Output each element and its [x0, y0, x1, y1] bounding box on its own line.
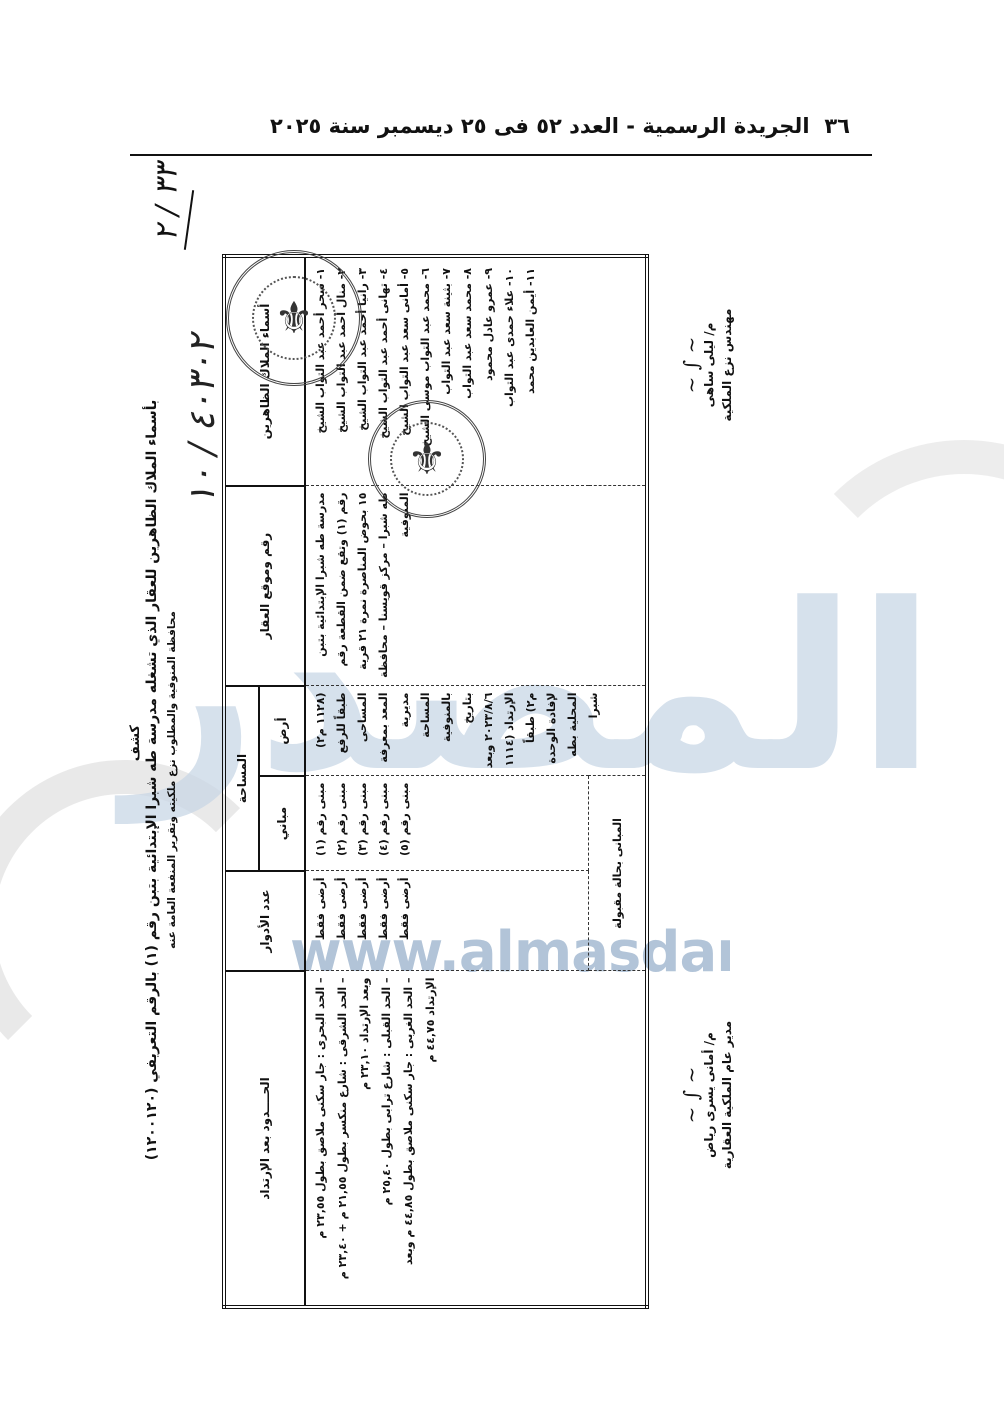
official-stamp-icon: ⚜ — [368, 400, 486, 518]
land-area-cell: (١١٢٨ م٢) طبقاً للرفع المساحى المعد بمعر… — [305, 686, 647, 776]
condition-cell: المبانى بحالة مقبولة — [589, 776, 647, 971]
signatory-name: م/ ليلى ساهى — [700, 245, 718, 485]
list-item: مبنى رقم (١) — [310, 783, 331, 865]
header-buildings: مباني — [259, 776, 305, 871]
sheet-title: بأسماء الملاك الظاهرين للعقار الذي تشغله… — [144, 225, 160, 1335]
list-item: أرضى فقط — [352, 878, 373, 965]
list-item: – الحد البحرى : جار سكنى ملاصق بطول ٢٣,٥… — [310, 978, 332, 1300]
list-item: أرضى فقط — [394, 878, 415, 965]
boundaries-cell: – الحد البحرى : جار سكنى ملاصق بطول ٢٣,٥… — [305, 971, 647, 1307]
signatory-role: مهندس نزع الملكية — [718, 245, 736, 485]
eagle-emblem-icon: ⚜ — [252, 276, 337, 361]
header-location: رقم وموقع العقار — [224, 486, 305, 686]
header-divider — [130, 154, 872, 156]
header-land: أرض — [259, 686, 305, 776]
floors-list: أرضى فقطأرضى فقطأرضى فقطأرضى فقطأرضى فقط — [310, 878, 415, 965]
signatory-role: مدير عام الملكية العقارية — [718, 965, 736, 1225]
list-item: مبنى رقم (٤) — [373, 783, 394, 865]
signature-block-1: ~ ∫ ~ م/ أمانى يسرى رياض مدير عام الملكي… — [682, 965, 736, 1225]
list-item: ١٠- علاء حمدى عبد التواب — [499, 268, 520, 480]
header-floors: عدد الأدوار — [224, 871, 305, 971]
list-item: أرضى فقط — [310, 878, 331, 965]
list-item: – الحد القبلى : شارع ترابى بطول ٢٥,٤٠ م — [376, 978, 398, 1300]
handwritten-code: ٤٠٣٠٢ / ١٠ — [182, 335, 223, 505]
list-item: مبنى رقم (٣) — [352, 783, 373, 865]
page-header: ٣٦ الجريدة الرسمية - العدد ٥٢ فى ٢٥ ديسم… — [130, 108, 872, 148]
floors-cell: أرضى فقطأرضى فقطأرضى فقطأرضى فقطأرضى فقط — [305, 871, 589, 971]
buildings-cell: مبنى رقم (١)مبنى رقم (٢)مبنى رقم (٣)مبنى… — [305, 776, 589, 871]
list-item: – الحد الغربى : جار سكنى ملاصق بطول ٤٤,٨… — [398, 978, 442, 1300]
boundaries-list: – الحد البحرى : جار سكنى ملاصق بطول ٢٣,٥… — [310, 978, 442, 1300]
buildings-list: مبنى رقم (١)مبنى رقم (٢)مبنى رقم (٣)مبنى… — [310, 783, 415, 865]
eagle-emblem-icon: ⚜ — [390, 422, 463, 495]
signatory-name: م/ أمانى يسرى رياض — [700, 965, 718, 1225]
list-item: – الحد الشرقى : شارع منكسر بطول ٢١,٥٥ م … — [332, 978, 376, 1300]
signature-block-2: ~ ∫ ~ م/ ليلى ساهى مهندس نزع الملكية — [682, 245, 736, 485]
header-area: المساحة — [224, 686, 259, 871]
list-item: أرضى فقط — [331, 878, 352, 965]
signature-scribble-icon: ~ ∫ ~ — [682, 965, 700, 1225]
list-item: مبنى رقم (٥) — [394, 783, 415, 865]
signature-scribble-icon: ~ ∫ ~ — [682, 245, 700, 485]
sheet-subtitle: محافظة المنوفية والمطلوب نزع ملكيته وتقر… — [166, 225, 178, 1335]
rotated-sheet: كشف بأسماء الملاك الظاهرين للعقار الذي ت… — [122, 205, 882, 1355]
page-number: ٣٦ — [824, 114, 850, 138]
location-cell: مدرسة طه شبرا الإبتدائية بتبن رقم (١) وت… — [305, 486, 647, 686]
official-stamp-icon: ⚜ — [226, 250, 362, 386]
list-item: ١١- أيمن العابدين محمد — [520, 268, 541, 480]
list-item: مبنى رقم (٢) — [331, 783, 352, 865]
header-boundaries: الحــــدود بعد الإرتداد — [224, 971, 305, 1307]
sheet-label: كشف — [128, 725, 143, 761]
gazette-title: الجريدة الرسمية - العدد ٥٢ فى ٢٥ ديسمبر … — [270, 114, 810, 138]
list-item: أرضى فقط — [373, 878, 394, 965]
handwritten-corner-note: ٣٣ / ٢ — [149, 164, 184, 242]
